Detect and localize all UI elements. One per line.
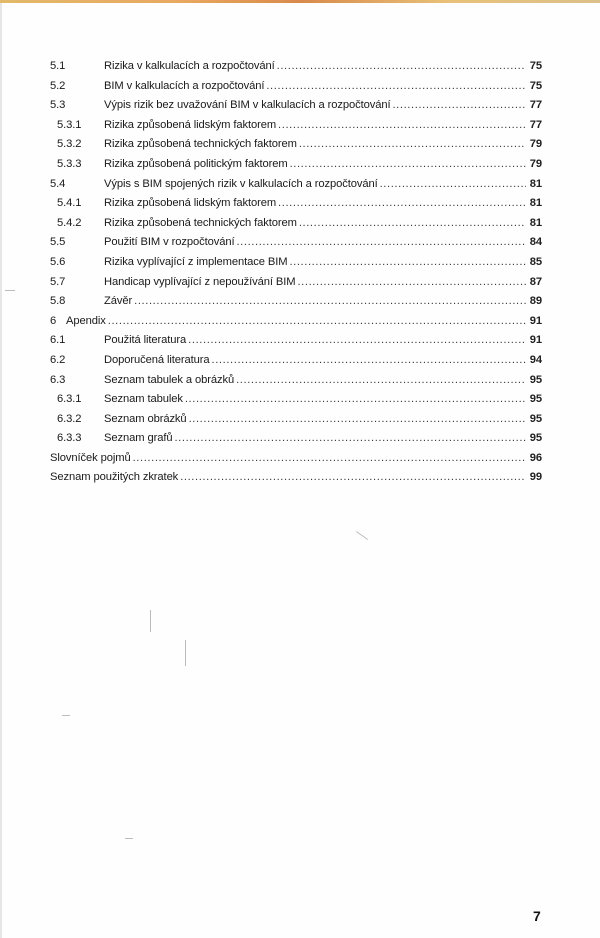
toc-entry-title: Seznam grafů — [104, 432, 172, 444]
toc-entry-title: Rizika vyplívající z implementace BIM — [104, 256, 287, 268]
toc-entry[interactable]: 5.3Výpis rizik bez uvažování BIM v kalku… — [50, 99, 542, 119]
page-number: 7 — [533, 908, 541, 924]
toc-entry-page: 91 — [528, 334, 542, 346]
dot-leader — [134, 295, 526, 307]
toc-entry-title: Seznam použitých zkratek — [50, 471, 178, 483]
dot-leader — [289, 256, 526, 268]
dot-leader — [236, 236, 526, 248]
dot-leader — [108, 315, 526, 327]
toc-entry-page: 77 — [528, 99, 542, 111]
toc-entry-number: 5.5 — [50, 236, 104, 248]
dot-leader — [380, 178, 526, 190]
dot-leader — [278, 197, 526, 209]
toc-entry-page: 81 — [528, 217, 542, 229]
dot-leader — [188, 334, 526, 346]
dot-leader — [212, 354, 527, 366]
toc-entry-number: 5.6 — [50, 256, 104, 268]
dot-leader — [278, 119, 526, 131]
toc-entry-page: 91 — [528, 315, 542, 327]
scan-speck — [62, 715, 70, 716]
toc-entry-title: Rizika způsobená lidským faktorem — [104, 119, 276, 131]
toc-entry-page: 77 — [528, 119, 542, 131]
toc-entry[interactable]: 6.3.2Seznam obrázků95 — [50, 413, 542, 433]
toc-entry-number: 5.4.2 — [50, 217, 104, 229]
toc-entry-title: Použitá literatura — [104, 334, 186, 346]
toc-entry-number: 5.3.1 — [50, 119, 104, 131]
toc-entry[interactable]: 5.4.1Rizika způsobená lidským faktorem81 — [50, 197, 542, 217]
toc-entry-number: 5.3 — [50, 99, 104, 111]
toc-entry-page: 89 — [528, 295, 542, 307]
table-of-contents: 5.1Rizika v kalkulacích a rozpočtování75… — [50, 60, 542, 491]
toc-entry-number: 6 — [50, 315, 66, 327]
toc-entry-number: 5.4 — [50, 178, 104, 190]
toc-entry-number: 6.1 — [50, 334, 104, 346]
toc-entry[interactable]: 6.3Seznam tabulek a obrázků95 — [50, 374, 542, 394]
toc-entry[interactable]: 5.5Použití BIM v rozpočtování84 — [50, 236, 542, 256]
toc-entry-number: 5.4.1 — [50, 197, 104, 209]
scan-left-edge — [0, 3, 2, 938]
dot-leader — [392, 99, 526, 111]
toc-entry-page: 79 — [528, 138, 542, 150]
toc-entry[interactable]: 6.2Doporučená literatura94 — [50, 354, 542, 374]
scan-speck — [356, 531, 368, 540]
toc-entry[interactable]: 5.4.2Rizika způsobená technických faktor… — [50, 217, 542, 237]
toc-entry[interactable]: 6.3.3Seznam grafů95 — [50, 432, 542, 452]
toc-entry-title: Rizika způsobená technických faktorem — [104, 217, 297, 229]
toc-entry-page: 99 — [528, 471, 542, 483]
toc-entry[interactable]: 5.3.3Rizika způsobená politickým faktore… — [50, 158, 542, 178]
toc-entry-title: Použití BIM v rozpočtování — [104, 236, 234, 248]
toc-entry-title: Apendix — [66, 315, 106, 327]
scan-top-edge — [0, 0, 600, 3]
toc-entry-title: Seznam tabulek a obrázků — [104, 374, 234, 386]
dot-leader — [299, 217, 526, 229]
toc-entry-number: 5.1 — [50, 60, 104, 72]
toc-entry[interactable]: 5.3.1Rizika způsobená lidským faktorem77 — [50, 119, 542, 139]
dot-leader — [236, 374, 526, 386]
dot-leader — [297, 276, 526, 288]
toc-entry-number: 6.3.3 — [50, 432, 104, 444]
toc-entry-title: Rizika v kalkulacích a rozpočtování — [104, 60, 275, 72]
toc-entry-number: 6.2 — [50, 354, 104, 366]
toc-entry-page: 87 — [528, 276, 542, 288]
toc-entry-page: 85 — [528, 256, 542, 268]
toc-entry[interactable]: 5.8Závěr89 — [50, 295, 542, 315]
dot-leader — [277, 60, 526, 72]
toc-entry[interactable]: 6Apendix91 — [50, 315, 542, 335]
toc-entry[interactable]: 5.1Rizika v kalkulacích a rozpočtování75 — [50, 60, 542, 80]
toc-entry-page: 75 — [528, 80, 542, 92]
toc-entry-number: 5.8 — [50, 295, 104, 307]
toc-entry-title: Výpis rizik bez uvažování BIM v kalkulac… — [104, 99, 390, 111]
toc-entry-page: 81 — [528, 178, 542, 190]
toc-entry-page: 84 — [528, 236, 542, 248]
toc-entry-number: 5.3.2 — [50, 138, 104, 150]
toc-entry-page: 95 — [528, 413, 542, 425]
toc-entry-page: 94 — [528, 354, 542, 366]
scan-speck — [5, 290, 15, 291]
toc-entry-title: Doporučená literatura — [104, 354, 210, 366]
toc-entry-title: Rizika způsobená politickým faktorem — [104, 158, 288, 170]
toc-entry-number: 6.3 — [50, 374, 104, 386]
toc-entry-title: Seznam tabulek — [104, 393, 183, 405]
toc-entry-page: 79 — [528, 158, 542, 170]
toc-entry-title: Handicap vyplívající z nepoužívání BIM — [104, 276, 295, 288]
toc-entry[interactable]: 5.2BIM v kalkulacích a rozpočtování75 — [50, 80, 542, 100]
toc-entry-page: 81 — [528, 197, 542, 209]
toc-entry-title: Rizika způsobená lidským faktorem — [104, 197, 276, 209]
toc-entry[interactable]: 6.1Použitá literatura91 — [50, 334, 542, 354]
toc-entry-title: BIM v kalkulacích a rozpočtování — [104, 80, 264, 92]
toc-entry-page: 95 — [528, 374, 542, 386]
toc-entry-number: 5.3.3 — [50, 158, 104, 170]
toc-entry-title: Závěr — [104, 295, 132, 307]
scan-speck — [185, 640, 186, 666]
dot-leader — [189, 413, 526, 425]
toc-entry-number: 5.7 — [50, 276, 104, 288]
toc-entry[interactable]: Slovníček pojmů96 — [50, 452, 542, 472]
toc-entry-number: 6.3.2 — [50, 413, 104, 425]
toc-entry-page: 96 — [528, 452, 542, 464]
toc-entry[interactable]: Seznam použitých zkratek99 — [50, 471, 542, 491]
toc-entry-title: Rizika způsobená technických faktorem — [104, 138, 297, 150]
toc-entry-title: Seznam obrázků — [104, 413, 187, 425]
toc-entry-page: 95 — [528, 393, 542, 405]
dot-leader — [266, 80, 526, 92]
dot-leader — [174, 432, 526, 444]
dot-leader — [133, 452, 526, 464]
toc-entry[interactable]: 6.3.1Seznam tabulek95 — [50, 393, 542, 413]
dot-leader — [185, 393, 526, 405]
dot-leader — [290, 158, 526, 170]
toc-entry-title: Slovníček pojmů — [50, 452, 131, 464]
scan-speck — [125, 838, 133, 839]
toc-entry-page: 95 — [528, 432, 542, 444]
scan-speck — [150, 610, 151, 632]
toc-entry[interactable]: 5.3.2Rizika způsobená technických faktor… — [50, 138, 542, 158]
toc-entry-number: 5.2 — [50, 80, 104, 92]
toc-entry-page: 75 — [528, 60, 542, 72]
toc-entry-title: Výpis s BIM spojených rizik v kalkulacíc… — [104, 178, 378, 190]
dot-leader — [180, 471, 526, 483]
toc-entry[interactable]: 5.4Výpis s BIM spojených rizik v kalkula… — [50, 178, 542, 198]
toc-entry[interactable]: 5.6Rizika vyplívající z implementace BIM… — [50, 256, 542, 276]
dot-leader — [299, 138, 526, 150]
toc-entry[interactable]: 5.7Handicap vyplívající z nepoužívání BI… — [50, 276, 542, 296]
toc-entry-number: 6.3.1 — [50, 393, 104, 405]
